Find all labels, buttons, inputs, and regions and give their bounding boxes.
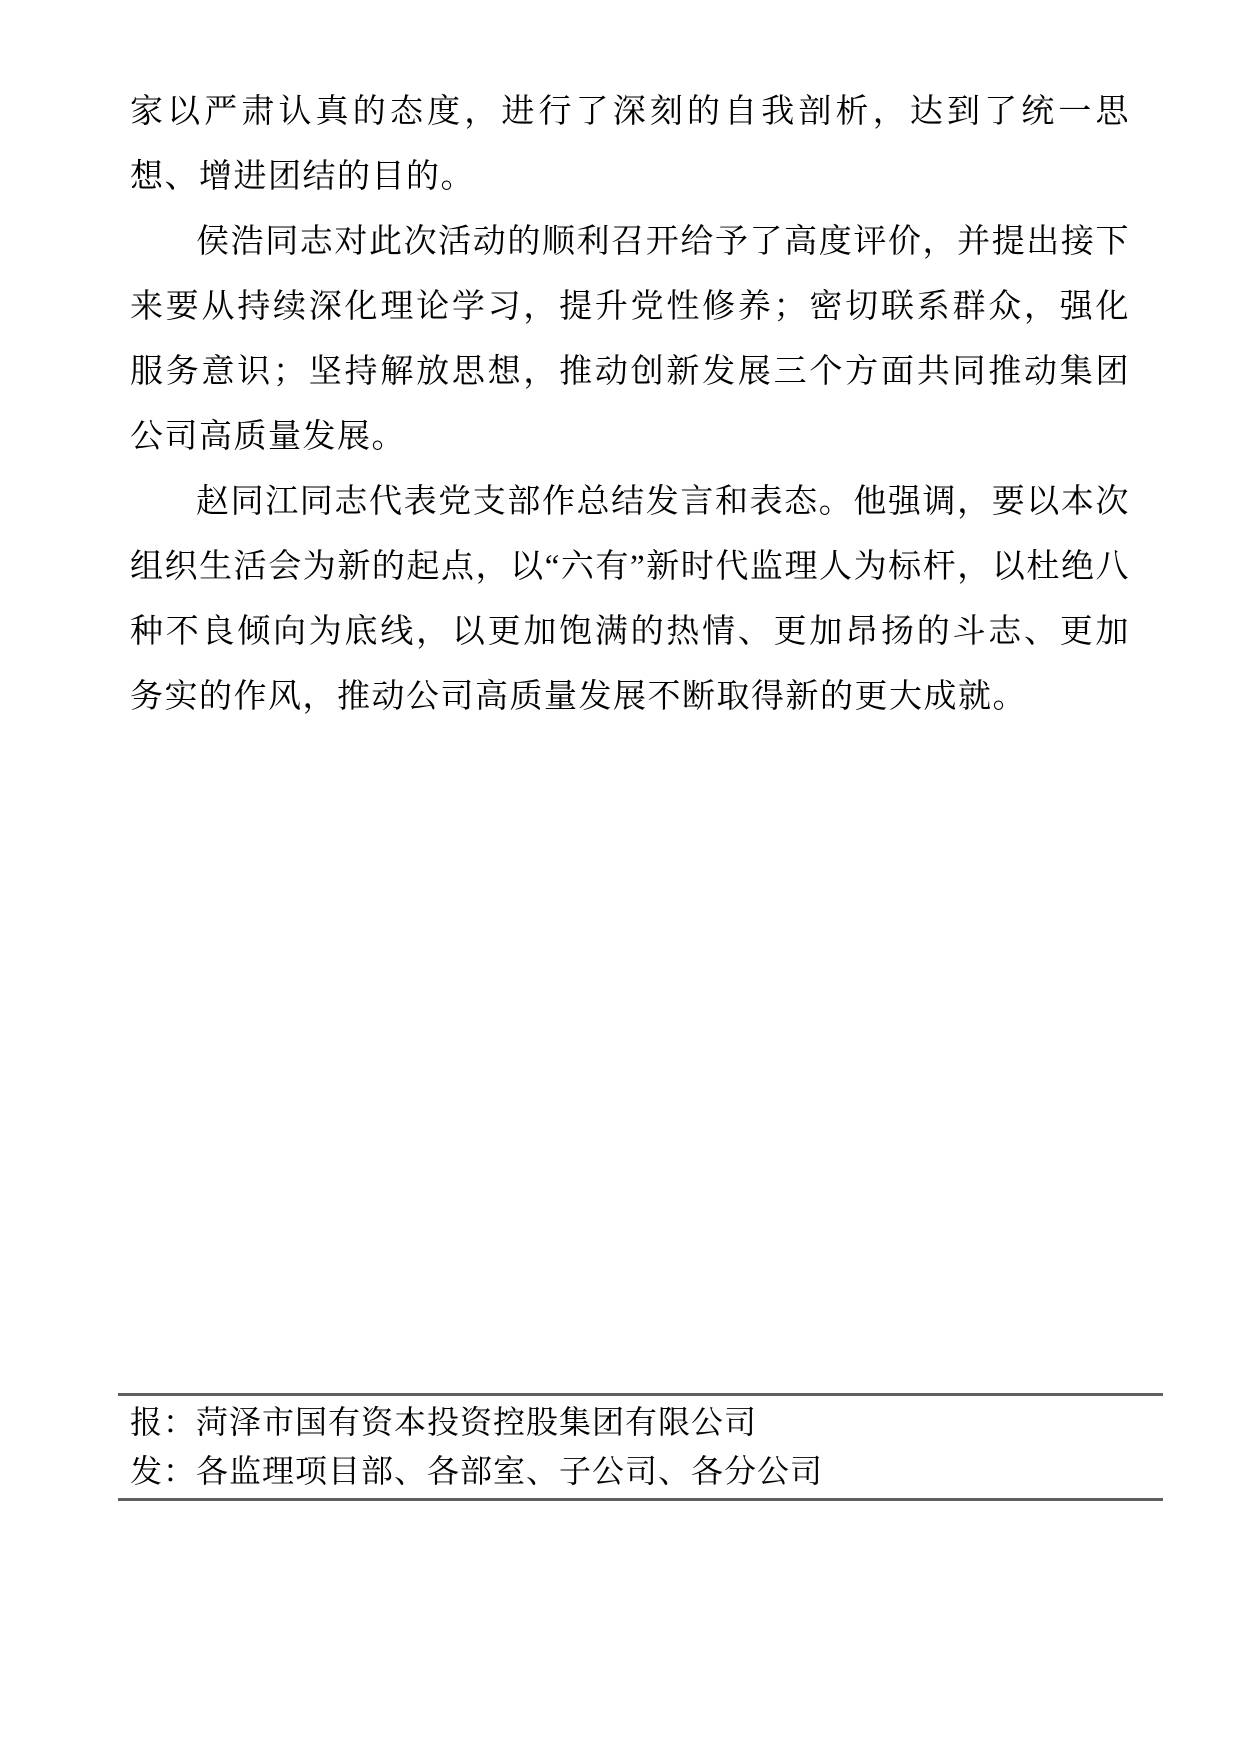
footer-distribution-line: 发：各监理项目部、各部室、子公司、各分公司 xyxy=(130,1447,1163,1496)
document-body: 家以严肃认真的态度，进行了深刻的自我剖析，达到了统一思想、增进团结的目的。 侯浩… xyxy=(130,80,1130,730)
footer-report-line: 报：菏泽市国有资本投资控股集团有限公司 xyxy=(130,1398,1163,1447)
paragraph-zhaotongjiang-summary: 赵同江同志代表党支部作总结发言和表态。他强调，要以本次组织生活会为新的起点，以“… xyxy=(130,470,1130,730)
document-page: 家以严肃认真的态度，进行了深刻的自我剖析，达到了统一思想、增进团结的目的。 侯浩… xyxy=(0,0,1240,1754)
paragraph-houhao-remarks: 侯浩同志对此次活动的顺利召开给予了高度评价，并提出接下来要从持续深化理论学习，提… xyxy=(130,210,1130,470)
paragraph-continuation: 家以严肃认真的态度，进行了深刻的自我剖析，达到了统一思想、增进团结的目的。 xyxy=(130,80,1130,210)
distribution-footer: 报：菏泽市国有资本投资控股集团有限公司 发：各监理项目部、各部室、子公司、各分公… xyxy=(118,1393,1163,1501)
